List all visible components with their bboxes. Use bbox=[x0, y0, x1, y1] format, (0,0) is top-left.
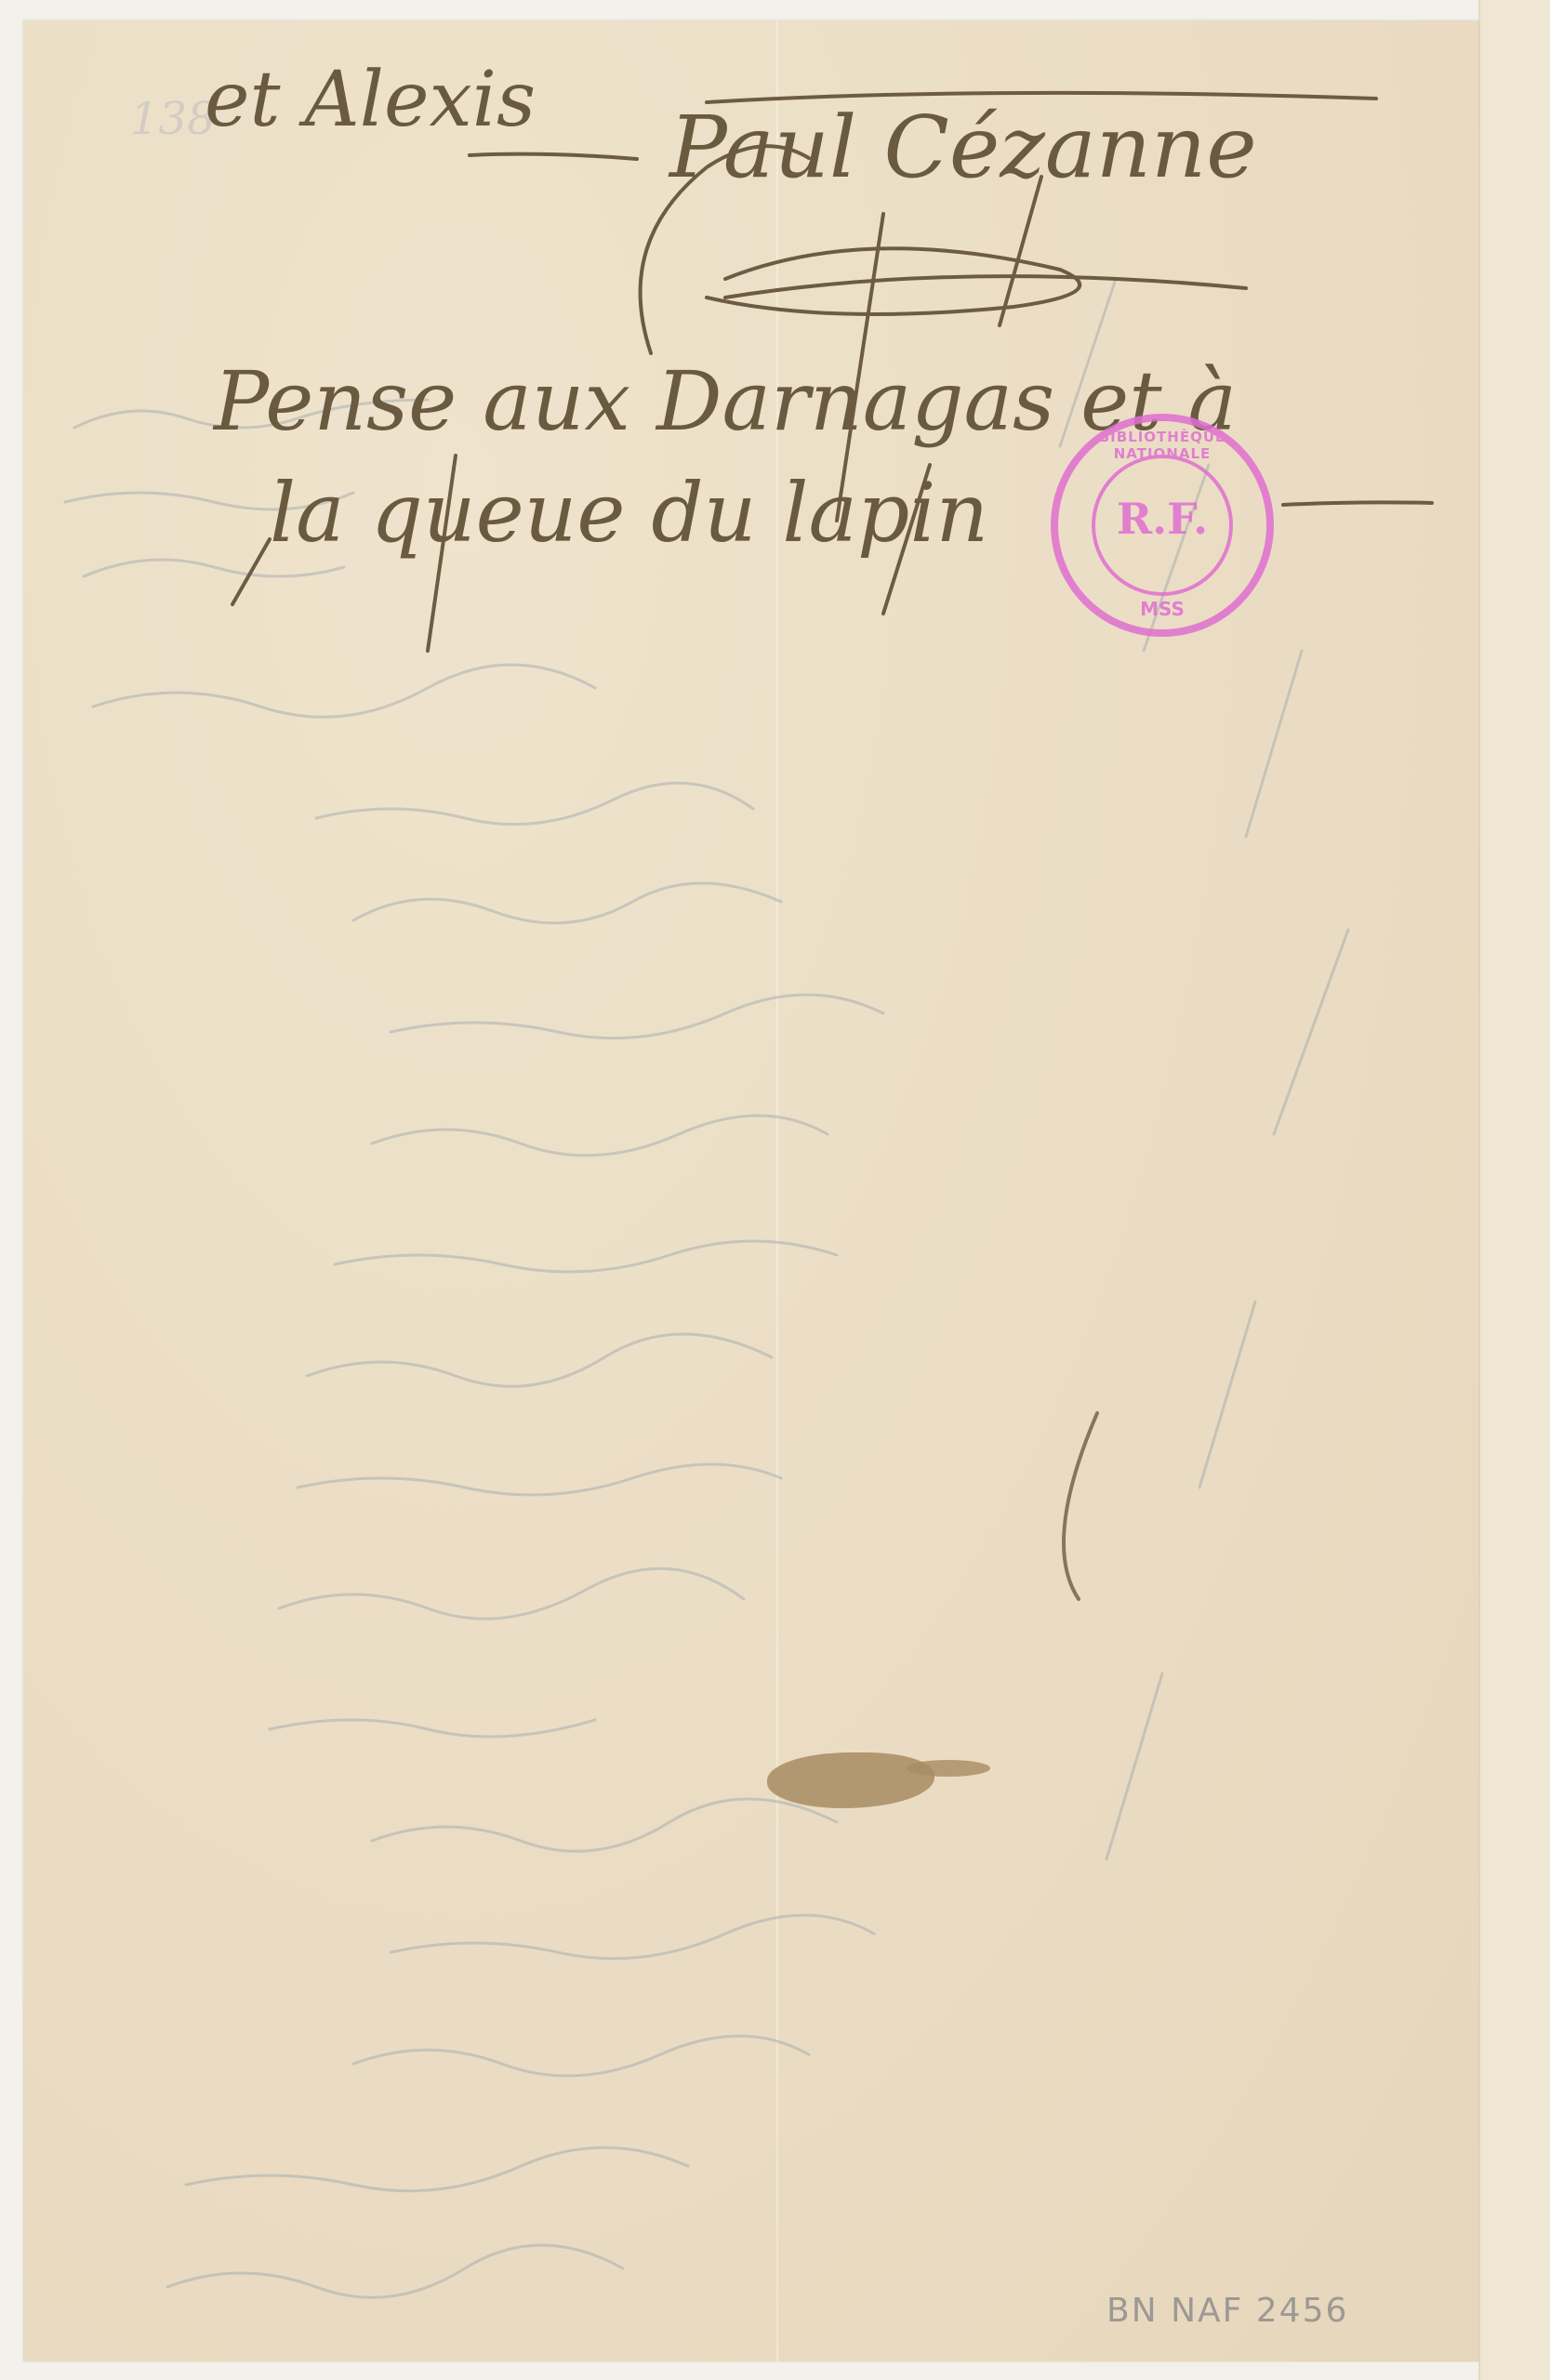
stamp-rf-text: R.F. bbox=[1058, 494, 1266, 544]
signature-paul-cezanne: Paul Cézanne bbox=[669, 98, 1257, 197]
ink-blot-splash bbox=[907, 1760, 990, 1777]
stamp-mss-text: MSS bbox=[1058, 598, 1266, 620]
library-stamp: BIBLIOTHÈQUE NATIONALE R.F. MSS bbox=[1051, 414, 1274, 637]
shelfmark: BN NAF 2456 bbox=[1106, 2292, 1348, 2330]
recto-ink bbox=[232, 93, 1432, 1599]
heading-line-et-alexis: et Alexis bbox=[205, 56, 536, 144]
heading-line-lapin: la queue du lapin bbox=[270, 465, 988, 561]
